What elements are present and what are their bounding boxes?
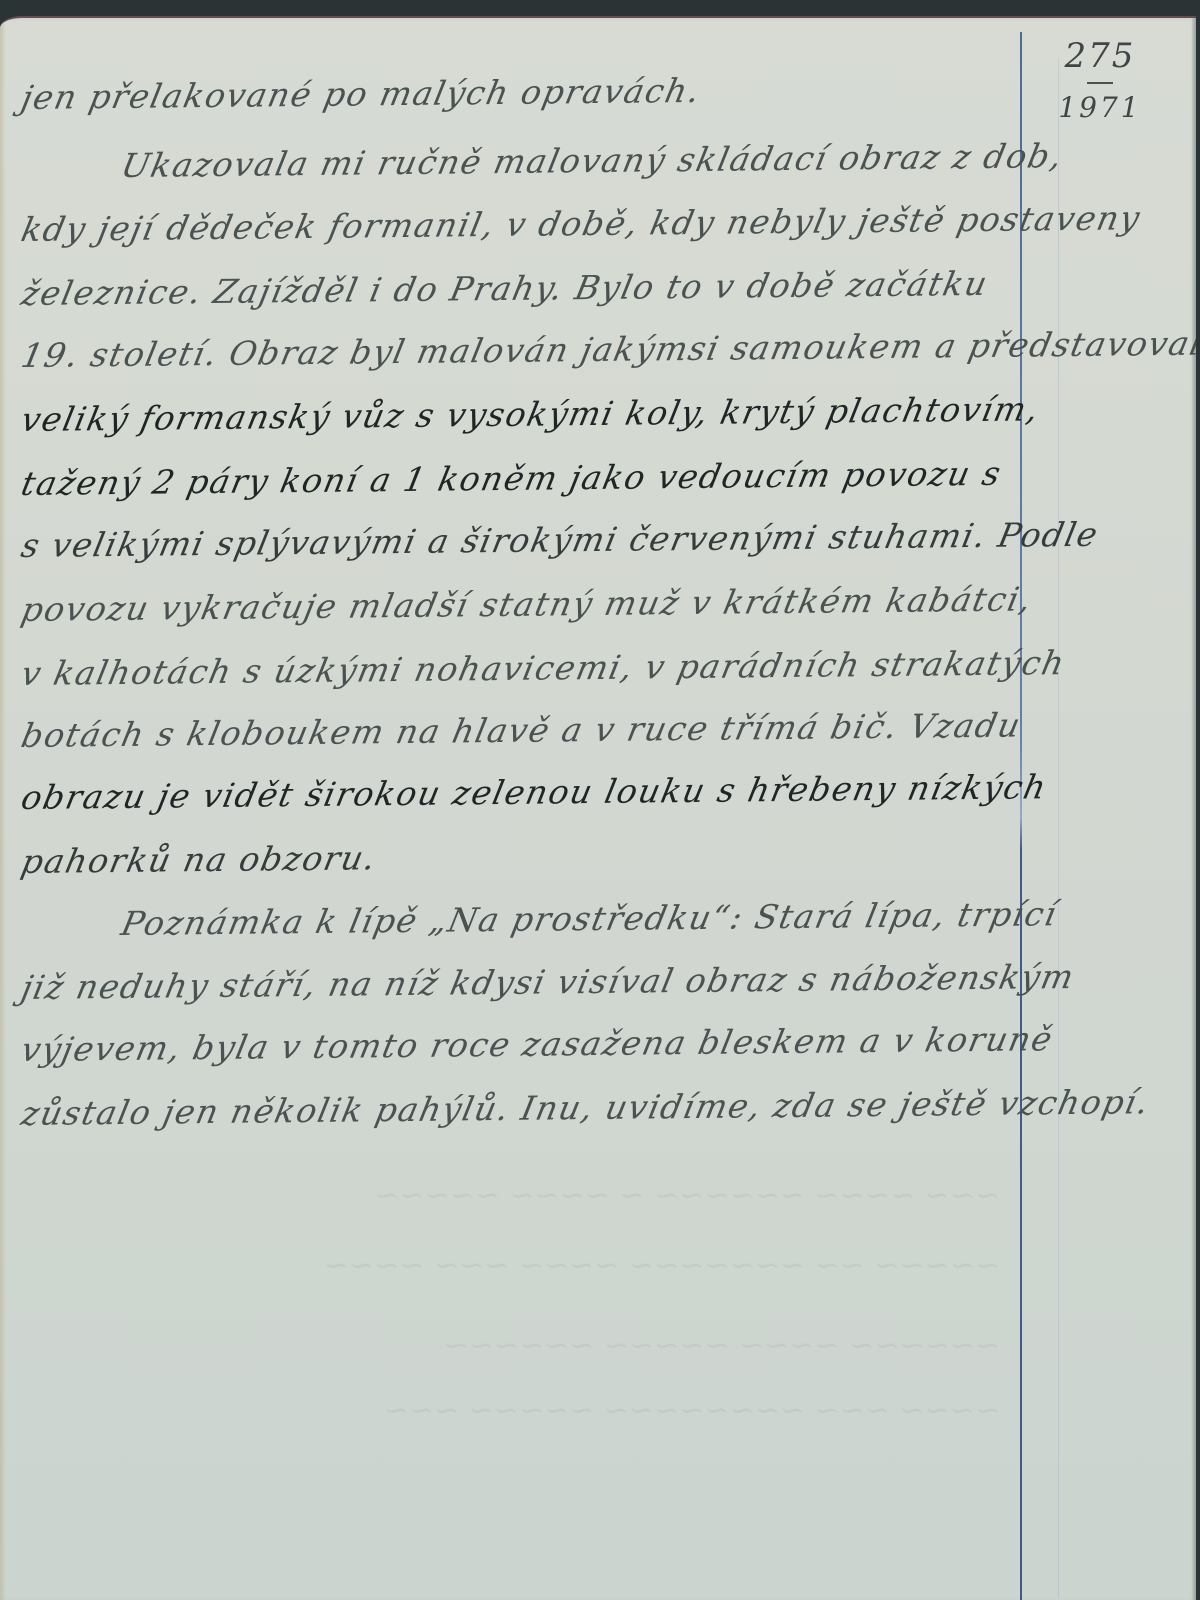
scanned-document: ~~~ ~~~~ ~~~~~~ ~ ~~~~ ~~~~~ ~~~~~ ~~ ~~… xyxy=(0,0,1200,1600)
text-line-3: kdy její dědeček formanil, v době, kdy n… xyxy=(18,198,1144,249)
text-line-13: pahorků na obzoru. xyxy=(18,838,380,881)
page-edge xyxy=(1192,18,1196,1600)
year-label: 1971 xyxy=(1040,92,1160,124)
bleed-through-text: ~~~~~ ~~ ~~~~~~~ ~~~~ ~~~ ~~~~ xyxy=(140,1248,1000,1283)
text-line-9: povozu vykračuje mladší statný muž v krá… xyxy=(18,579,1036,629)
faint-rule-line xyxy=(1058,58,1059,1598)
margin-annotation: 275 1971 xyxy=(1040,36,1160,124)
text-line-7: tažený 2 páry koní a 1 koněm jako vedouc… xyxy=(18,454,1005,503)
text-line-8: s velikými splývavými a širokými červený… xyxy=(18,515,1102,565)
text-line-12: obrazu je vidět širokou zelenou louku s … xyxy=(18,767,1051,817)
notebook-page: ~~~ ~~~~ ~~~~~~ ~ ~~~~ ~~~~~ ~~~~~ ~~ ~~… xyxy=(0,16,1196,1600)
text-line-4: železnice. Zajížděl i do Prahy. Bylo to … xyxy=(18,264,992,313)
text-line-17: zůstalo jen několik pahýlů. Inu, uvidíme… xyxy=(18,1082,1153,1133)
text-line-16: výjevem, byla v tomto roce zasažena bles… xyxy=(18,1019,1057,1069)
text-line-11: botách s kloboukem na hlavě a v ruce tří… xyxy=(18,706,1025,755)
text-line-15: již neduhy stáří, na níž kdysi visíval o… xyxy=(18,957,1078,1007)
text-line-6: veliký formanský vůz s vysokými koly, kr… xyxy=(18,389,1043,439)
text-line-2: Ukazovala mi ručně malovaný skládací obr… xyxy=(118,136,1067,185)
bleed-through-text: ~~~~ ~~~ ~~~~~~~~ ~~~~~ ~~~ xyxy=(140,1393,1000,1428)
page-number: 275 xyxy=(1040,36,1160,76)
text-line-1: jen přelakované po malých opravách. xyxy=(18,71,704,117)
text-line-14: Poznámka k lípě „Na prostředku“: Stará l… xyxy=(118,894,1061,943)
bleed-through-text: ~~~~~~ ~~~~ ~~~~~ ~~~~~~ xyxy=(140,1328,1000,1363)
text-line-10: v kalhotách s úzkými nohavicemi, v parád… xyxy=(18,643,1069,693)
underline-dash xyxy=(1087,82,1113,84)
margin-rule-line xyxy=(1020,32,1022,1600)
bleed-through-text: ~~~ ~~~~ ~~~~~~ ~ ~~~~ ~~~~~ xyxy=(140,1178,1000,1213)
